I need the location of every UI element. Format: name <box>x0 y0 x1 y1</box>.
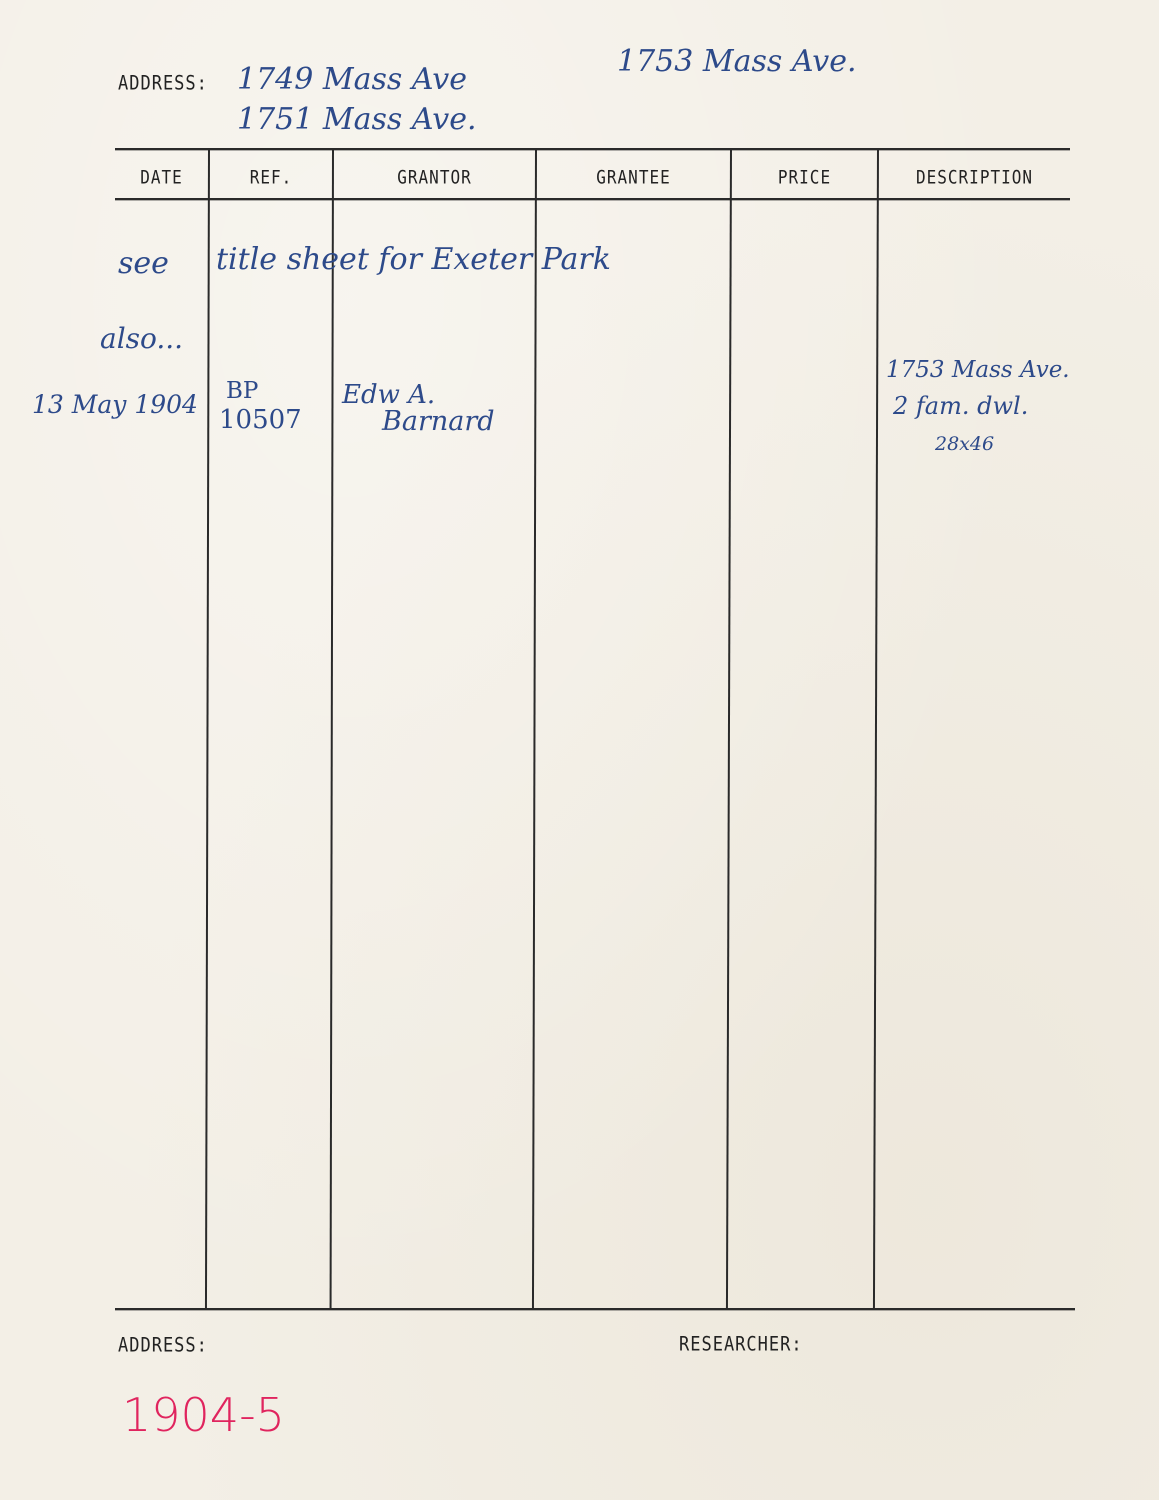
column-header-grantee: GRANTEE <box>537 166 730 188</box>
address-line-1: 1749 Mass Ave <box>237 62 467 97</box>
table-bottom-rule <box>115 1308 1075 1310</box>
footer-address-label: ADDRESS: <box>118 1334 208 1357</box>
entry-ref-line-1: BP <box>226 378 258 404</box>
column-header-grantor: GRANTOR <box>334 166 535 188</box>
table-top-rule <box>115 148 1070 150</box>
entry-description-line-2: 2 fam. dwl. <box>893 392 1028 420</box>
column-header-ref: REF. <box>210 166 332 188</box>
table-header-rule <box>115 198 1070 200</box>
note-see: see <box>118 246 169 281</box>
note-also: also... <box>100 322 183 355</box>
researcher-label: RESEARCHER: <box>679 1333 803 1356</box>
paper-background <box>0 0 1159 1500</box>
column-header-date: DATE <box>115 166 208 188</box>
address-extra: 1753 Mass Ave. <box>617 44 857 79</box>
note-title-sheet: title sheet for Exeter Park <box>216 242 611 277</box>
entry-description-line-3: 28x46 <box>935 433 994 455</box>
entry-grantor-line-2: Barnard <box>382 406 495 437</box>
column-header-description: DESCRIPTION <box>879 166 1070 188</box>
entry-ref-line-2: 10507 <box>219 405 302 435</box>
entry-date: 13 May 1904 <box>32 390 198 419</box>
column-header-price: PRICE <box>732 166 877 188</box>
address-line-2: 1751 Mass Ave. <box>237 102 477 137</box>
red-year-annotation: 1904-5 <box>122 1388 285 1442</box>
entry-description-line-1: 1753 Mass Ave. <box>886 357 1070 383</box>
address-label: ADDRESS: <box>118 72 208 95</box>
